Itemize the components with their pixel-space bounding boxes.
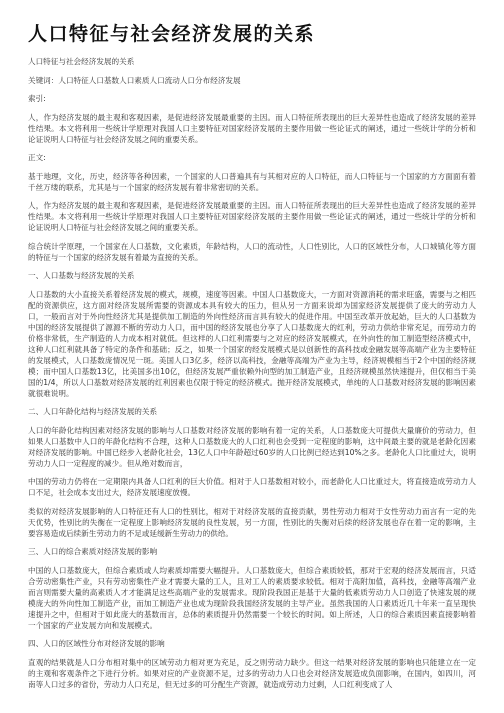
index-label: 索引: [28,93,476,104]
section-paragraph: 直观的结果就是人口分布相对集中的区域劳动力相对更为充足，反之则劳动力缺少。但这一… [28,657,476,690]
section-heading: 一、人口基数与经济发展的关系 [28,270,476,281]
section-paragraph: 人口基数的大小直接关系着经济发展的模式，规模，速度等因素。中国人口基数庞大，一方… [28,289,476,399]
document-title: 人口特征与社会经济发展的关系 [28,22,476,46]
abstract-repeat-paragraph: 人，作为经济发展的最主观和客观因素，是促进经济发展最重要的主因。而人口特征所表现… [28,200,476,233]
document-page: 人口特征与社会经济发展的关系 人口特征与社会经济发展的关系 关键词：人口特征人口… [0,0,504,690]
section-heading: 三、人口的综合素质对经济发展的影响 [28,546,476,557]
section-heading: 四、人口的区域性分布对经济发展的影响 [28,638,476,649]
document-subtitle: 人口特征与社会经济发展的关系 [28,56,476,67]
intro-paragraph: 基于地理，文化，历史，经济等各种因素，一个国家的人口普遍具有与其相对应的人口特征… [28,171,476,193]
section-paragraph: 中国的劳动力仍将在一定期限内具备人口红利的巨大价值。相对于人口基数相对较小，而老… [28,476,476,498]
keywords-line: 关键词：人口特征人口基数人口素质人口流动人口分布经济发展 [28,75,476,86]
abstract-paragraph: 人，作为经济发展的最主观和客观因素，是促进经济发展最重要的主因。而人口特征所表现… [28,112,476,145]
section-paragraph: 类似的对经济发展影响的人口特征还有人口的性别比，相对于对经济发展的直接贡献，男性… [28,506,476,539]
section-paragraph: 中国的人口基数庞大，但综合素质或人均素质却需要大幅提升。人口基数庞大，但综合素质… [28,565,476,631]
section-paragraph: 人口的年龄化结构因素对经济发展的影响与人口基数对经济发展的影响有着一定的关系，人… [28,425,476,469]
summary-paragraph: 综合统计学原理，一个国家在人口基数，文化素质，年龄结构，人口的流动性，人口性别比… [28,241,476,263]
section-heading: 二、人口年龄化结构与经济发展的关系 [28,406,476,417]
body-label: 正文: [28,152,476,163]
